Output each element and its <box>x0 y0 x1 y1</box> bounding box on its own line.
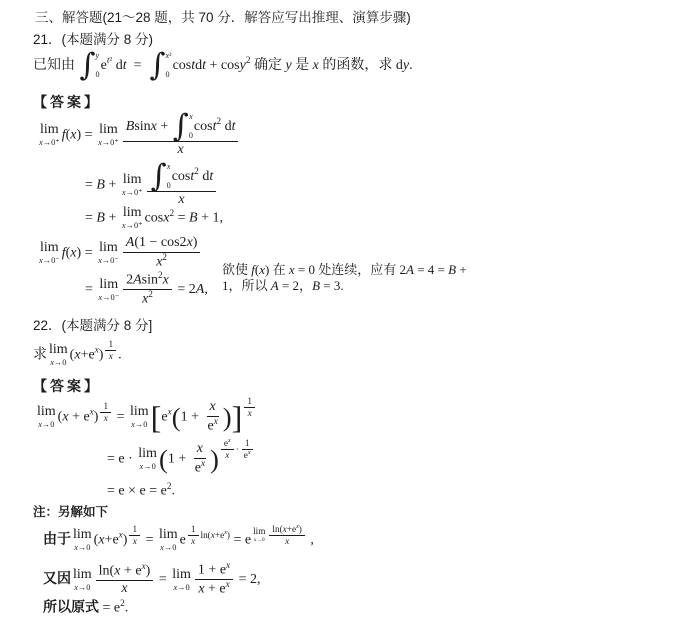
q22-solution-line-1: limx→0(x + ex)1x = limx→0[ex(1 + xex)]1x <box>35 399 257 435</box>
q22-problem-formula: 求limx→0(x+ex)1x. <box>33 339 122 367</box>
q21-solution-line-5: = limx→0⁻2Asin2xx2 = 2A, <box>85 271 208 309</box>
document-page: 三、解答题(21～28 题，共 70 分．解答应写出推理、演算步骤) 21．(本… <box>0 0 676 625</box>
q21-solution-line-4: limx→0⁻f(x) = limx→0⁻A(1 − cos2x)x2 <box>37 235 202 271</box>
q22-alt-line-1: 由于limx→0(x+ex)1x = limx→0e1xln(x+ex) = e… <box>43 524 314 552</box>
q22-answer-label: 【答案】 <box>33 376 101 396</box>
q22-title: 22．(本题满分 8 分] <box>33 314 152 334</box>
q22-alt-line-2: 又因limx→0ln(x + ex)x = limx→01 + exx + ex… <box>43 561 261 599</box>
q21-problem-formula: 已知由 ∫y0et² dt = ∫x²0costdt + cosy2 确定 y … <box>33 51 413 80</box>
continuity-note-line-1: 欲使 f(x) 在 x = 0 处连续，应有 2A = 4 = B + <box>222 262 467 278</box>
q21-continuity-note: 欲使 f(x) 在 x = 0 处连续，应有 2A = 4 = B + 1，所以… <box>222 262 467 295</box>
q22-alt-line-3: 所以原式 = e2. <box>43 599 128 617</box>
q21-title: 21．(本题满分 8 分) <box>33 28 153 48</box>
q21-solution-line-3: = B + limx→0⁺cosx2 = B + 1, <box>85 206 223 230</box>
q21-solution-line-2: = B + limx→0⁺∫x0cost2 dtx <box>85 162 218 209</box>
q21-solution-line-1: limx→0⁺f(x) = limx→0⁺Bsinx + ∫x0cost2 dt… <box>37 112 240 159</box>
section-header: 三、解答题(21～28 题，共 70 分．解答应写出推理、演算步骤) <box>35 6 411 26</box>
q21-answer-label: 【答案】 <box>33 92 101 112</box>
q22-solution-line-3: = e × e = e2. <box>107 482 175 500</box>
q22-alt-solution-title: 注：另解如下 <box>33 502 108 520</box>
q22-solution-line-2: = e · limx→0(1 + xex)exx·1ex <box>107 441 256 477</box>
continuity-note-line-2: 1，所以 A = 2，B = 3. <box>222 278 467 294</box>
